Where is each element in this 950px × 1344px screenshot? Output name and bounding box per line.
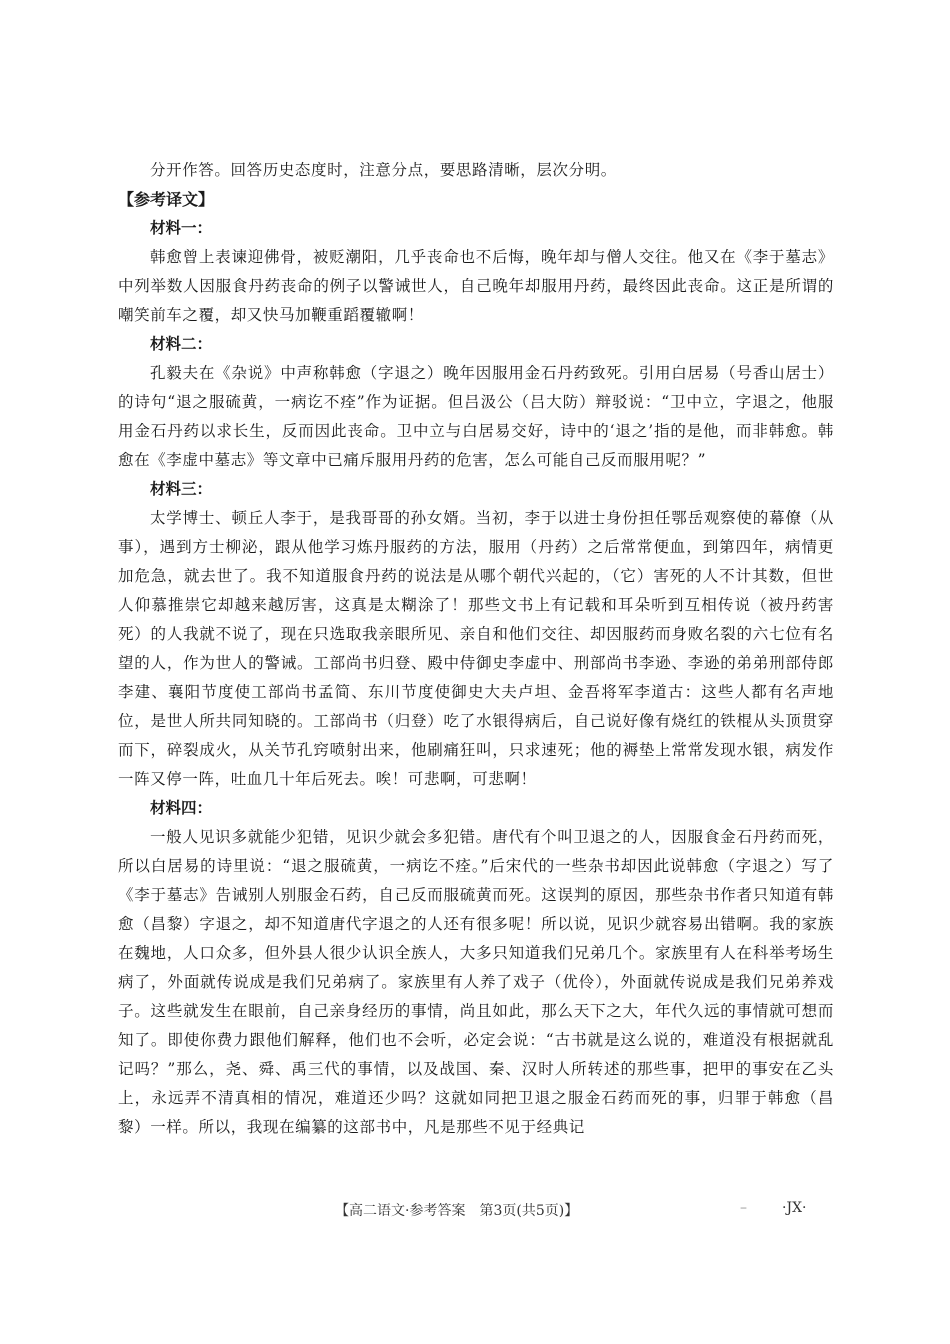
material-label: 材料二： [118, 330, 834, 359]
region-code: ·JX· [782, 1200, 806, 1216]
section-title: 【参考译文】 [118, 185, 834, 214]
material-label: 材料三： [118, 475, 834, 504]
material-text: 太学博士、顿丘人李于，是我哥哥的孙女婿。当初，李于以进士身份担任鄂岳观察使的幕僚… [118, 504, 834, 794]
material-text: 孔毅夫在《杂说》中声称韩愈（字退之）晚年因服用金石丹药致死。引用白居易（号香山居… [118, 359, 834, 475]
material-text: 韩愈曾上表谏迎佛骨，被贬潮阳，几乎丧命也不后悔，晚年却与僧人交往。他又在《李于墓… [118, 243, 834, 330]
material-text: 一般人见识多就能少犯错，见识少就会多犯错。唐代有个叫卫退之的人，因服食金石丹药而… [118, 823, 834, 1142]
material-1: 材料一： 韩愈曾上表谏迎佛骨，被贬潮阳，几乎丧命也不后悔，晚年却与僧人交往。他又… [118, 214, 834, 330]
page-footer: 【高二语文·参考答案 第3页(共5页)】 – ·JX· [0, 1200, 950, 1224]
document-page: 分开作答。回答历史态度时，注意分点，要思路清晰，层次分明。 【参考译文】 材料一… [118, 156, 834, 1142]
material-4: 材料四： 一般人见识多就能少犯错，见识少就会多犯错。唐代有个叫卫退之的人，因服食… [118, 794, 834, 1142]
page-info: 【高二语文·参考答案 第3页(共5页)】 [335, 1200, 578, 1220]
material-3: 材料三： 太学博士、顿丘人李于，是我哥哥的孙女婿。当初，李于以进士身份担任鄂岳观… [118, 475, 834, 794]
material-label: 材料四： [118, 794, 834, 823]
material-label: 材料一： [118, 214, 834, 243]
material-2: 材料二： 孔毅夫在《杂说》中声称韩愈（字退之）晚年因服用金石丹药致死。引用白居易… [118, 330, 834, 475]
intro-line: 分开作答。回答历史态度时，注意分点，要思路清晰，层次分明。 [118, 156, 834, 185]
footer-dash: – [740, 1200, 747, 1216]
